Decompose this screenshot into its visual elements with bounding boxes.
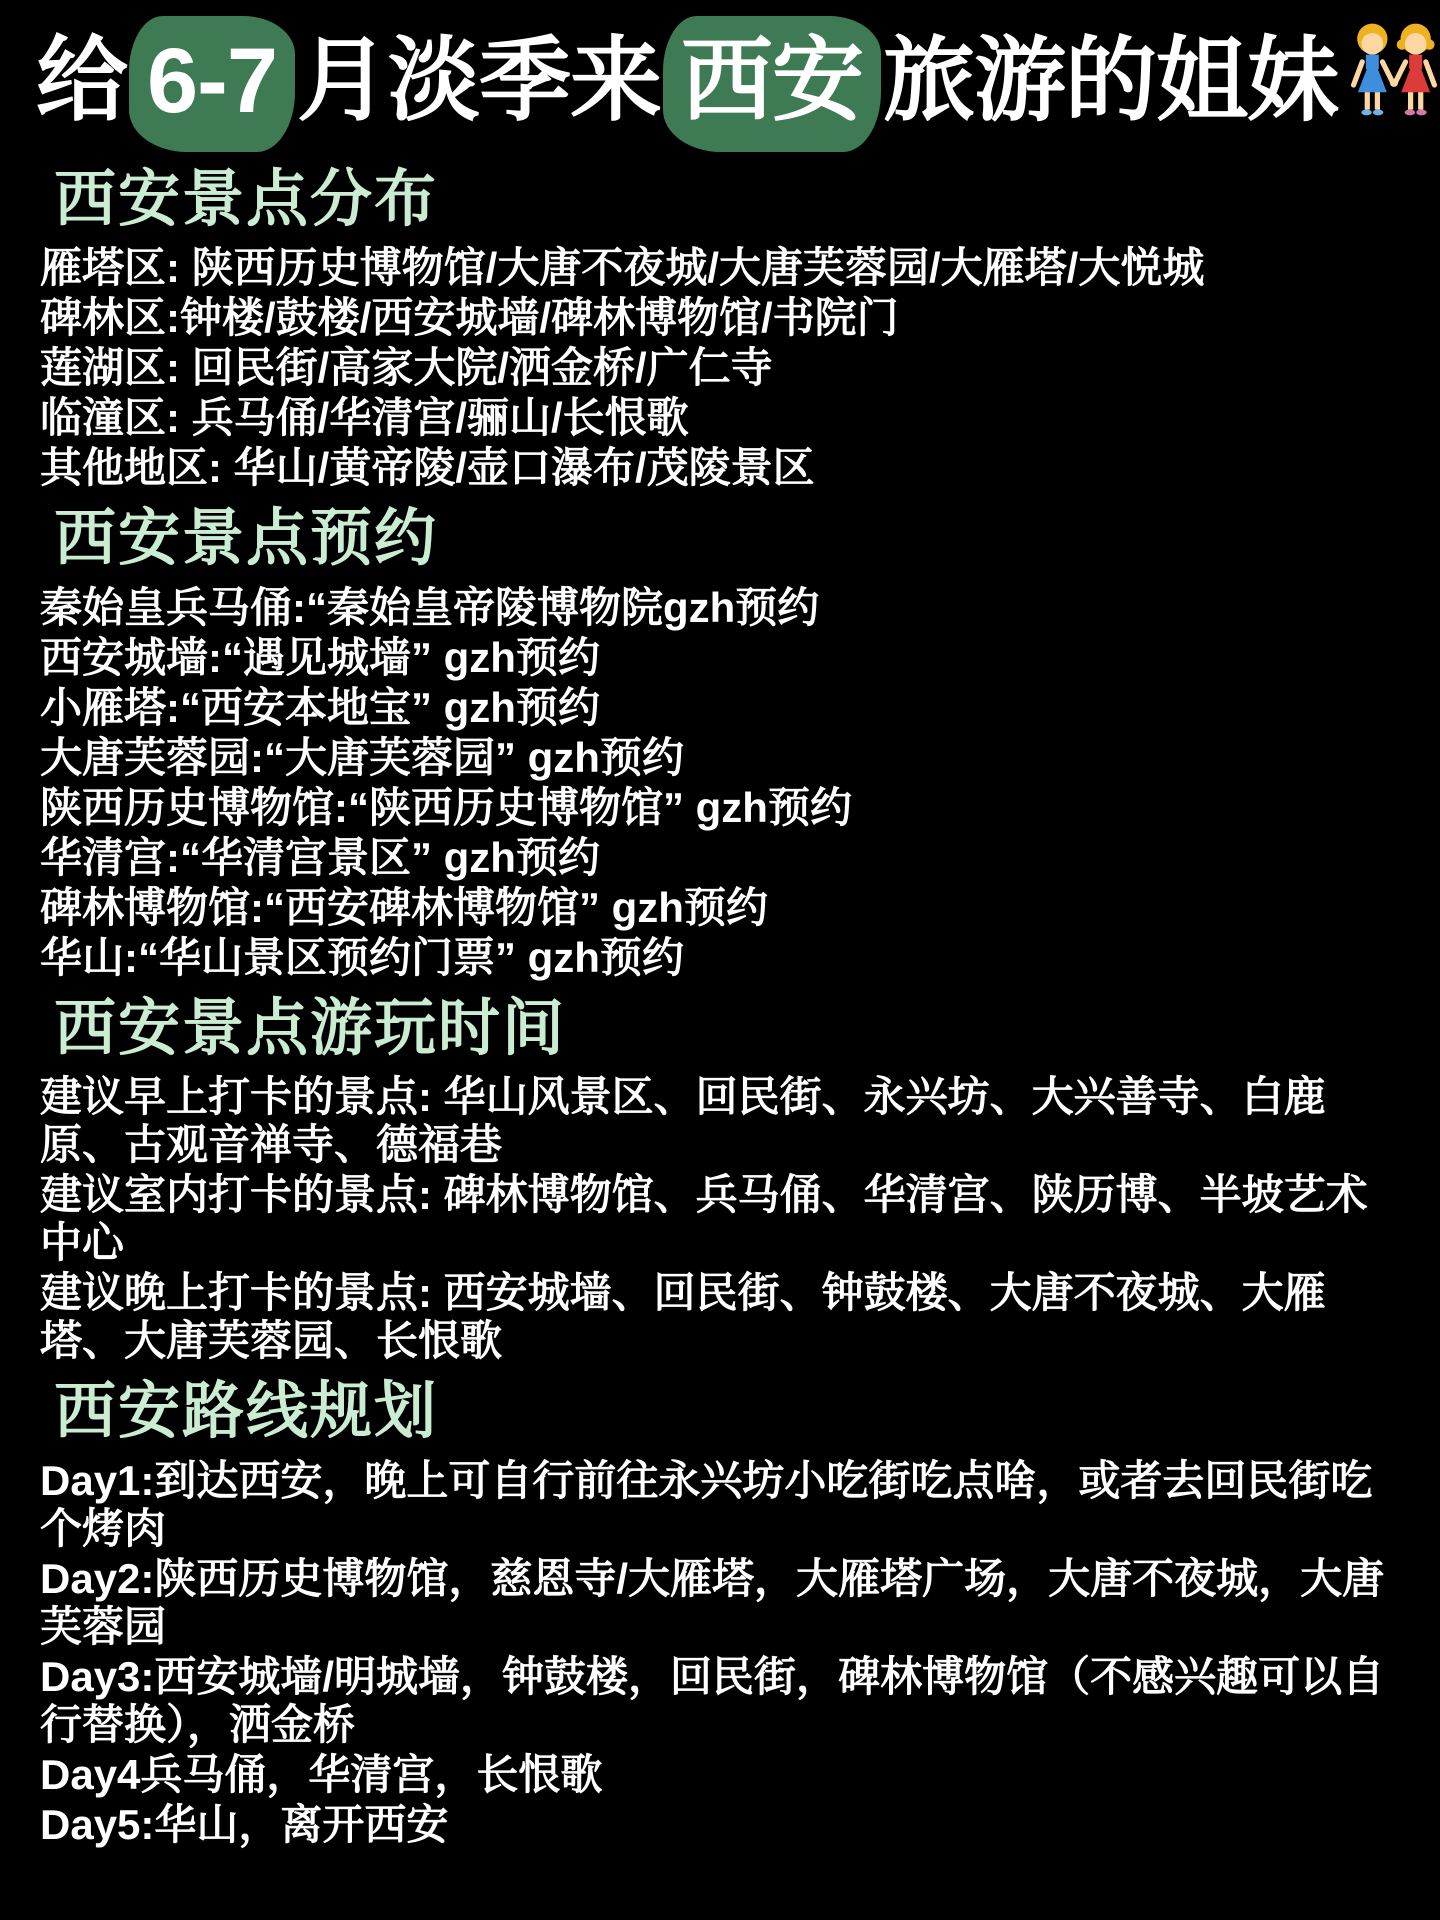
list-item: 其他地区: 华山/黄帝陵/壶口瀑布/茂陵景区	[40, 444, 1402, 492]
section-heading: 西安景点分布	[54, 165, 1412, 234]
list-item: 莲湖区: 回民街/高家大院/洒金桥/广仁寺	[40, 344, 1402, 392]
list-item: 建议晚上打卡的景点: 西安城墙、回民街、钟鼓楼、大唐不夜城、大雁塔、大唐芙蓉园、…	[40, 1269, 1402, 1365]
list-item: 华山:“华山景区预约门票” gzh预约	[40, 934, 1402, 982]
section-heading: 西安景点游玩时间	[54, 994, 1412, 1063]
list-item: 陕西历史博物馆:“陕西历史博物馆” gzh预约	[40, 784, 1402, 832]
list-item: Day3:西安城墙/明城墙，钟鼓楼，回民街，碑林博物馆（不感兴趣可以自行替换），…	[40, 1653, 1402, 1749]
list-item: 华清宫:“华清宫景区” gzh预约	[40, 834, 1402, 882]
list-item: 雁塔区: 陕西历史博物馆/大唐不夜城/大唐芙蓉园/大雁塔/大悦城	[40, 244, 1402, 292]
list-item: 秦始皇兵马俑:“秦始皇帝陵博物院gzh预约	[40, 584, 1402, 632]
title-segment: 旅游的姐妹	[883, 30, 1338, 132]
list-item: 建议早上打卡的景点: 华山风景区、回民街、永兴坊、大兴善寺、白鹿原、古观音禅寺、…	[40, 1073, 1402, 1169]
list-item: Day2:陕西历史博物馆，慈恩寺/大雁塔，大雁塔广场，大唐不夜城，大唐芙蓉园	[40, 1555, 1402, 1651]
section-heading: 西安路线规划	[54, 1377, 1412, 1446]
list-item: 碑林博物馆:“西安碑林博物馆” gzh预约	[40, 884, 1402, 932]
list-item: 碑林区:钟楼/鼓楼/西安城墙/碑林博物馆/书院门	[40, 294, 1402, 342]
list-item: 大唐芙蓉园:“大唐芙蓉园” gzh预约	[40, 734, 1402, 782]
section-attraction-distribution: 西安景点分布 雁塔区: 陕西历史博物馆/大唐不夜城/大唐芙蓉园/大雁塔/大悦城 …	[40, 165, 1412, 492]
list-item: Day4兵马俑，华清宫，长恨歌	[40, 1751, 1402, 1799]
title-highlight: 西安	[663, 16, 881, 152]
title-segment: 给	[36, 30, 127, 132]
list-item: 建议室内打卡的景点: 碑林博物馆、兵马俑、华清宫、陕历博、半坡艺术中心	[40, 1171, 1402, 1267]
section-heading: 西安景点预约	[54, 504, 1412, 573]
title-segment: 月淡季来	[297, 30, 661, 132]
title-highlight: 6-7	[129, 16, 295, 152]
list-item: 小雁塔:“西安本地宝” gzh预约	[40, 684, 1402, 732]
list-item: 临潼区: 兵马俑/华清宫/骊山/长恨歌	[40, 394, 1402, 442]
list-item: 西安城墙:“遇见城墙” gzh预约	[40, 634, 1402, 682]
list-item: Day1:到达西安，晚上可自行前往永兴坊小吃街吃点啥，或者去回民街吃个烤肉	[40, 1457, 1402, 1553]
infographic: 给6-7月淡季来西安旅游的姐妹	[0, 0, 1440, 1920]
list-item: Day5:华山，离开西安	[40, 1801, 1402, 1849]
section-visit-times: 西安景点游玩时间 建议早上打卡的景点: 华山风景区、回民街、永兴坊、大兴善寺、白…	[40, 994, 1412, 1365]
section-reservations: 西安景点预约 秦始皇兵马俑:“秦始皇帝陵博物院gzh预约 西安城墙:“遇见城墙”…	[40, 504, 1412, 981]
two-women-emoji	[1342, 20, 1440, 153]
section-route-plan: 西安路线规划 Day1:到达西安，晚上可自行前往永兴坊小吃街吃点啥，或者去回民街…	[40, 1377, 1412, 1848]
page-title: 给6-7月淡季来西安旅游的姐妹	[36, 20, 1412, 153]
